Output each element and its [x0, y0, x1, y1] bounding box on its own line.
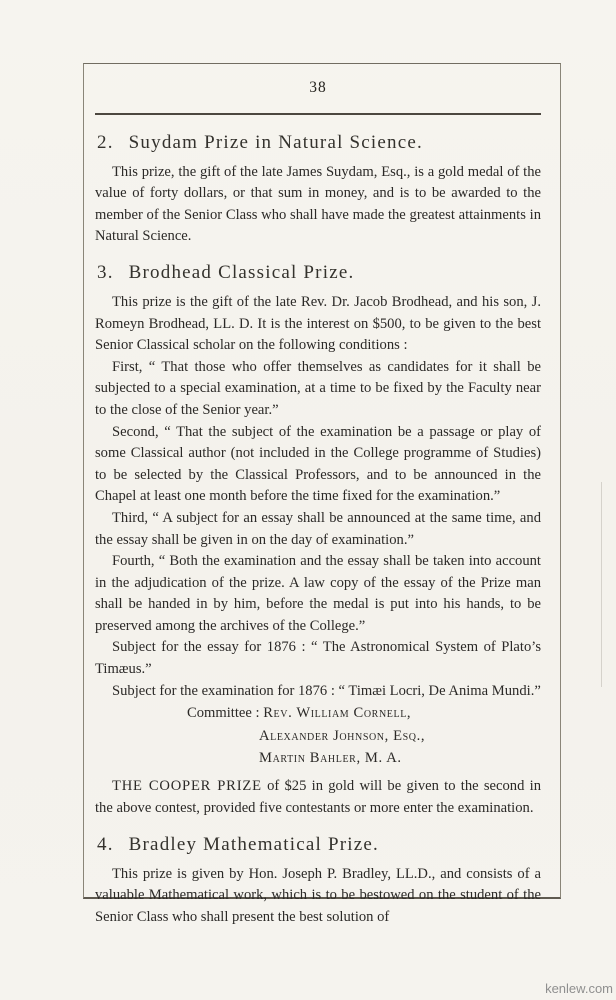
committee-list: Committee : Rev. William Cornell, Alexan… [187, 702, 541, 769]
heading-title: Brodhead Classical Prize. [129, 262, 355, 283]
page-content: 38 2.Suydam Prize in Natural Science. Th… [95, 77, 541, 928]
paragraph: This prize, the gift of the late James S… [95, 162, 541, 248]
paragraph: Second, “ That the subject of the examin… [95, 422, 541, 508]
heading-number: 3. [97, 262, 114, 283]
heading-number: 2. [97, 132, 114, 153]
committee-member: Alexander Johnson, Esq., [259, 725, 541, 747]
paragraph: This prize is the gift of the late Rev. … [95, 292, 541, 357]
committee-line: Committee : Rev. William Cornell, [187, 702, 541, 724]
header-rule [95, 113, 541, 115]
scan-page: 38 2.Suydam Prize in Natural Science. Th… [0, 0, 616, 1000]
paragraph: Subject for the examination for 1876 : “… [95, 681, 541, 703]
committee-label: Committee : [187, 705, 260, 721]
committee-member: Martin Bahler, M. A. [259, 747, 541, 769]
heading-title: Bradley Mathematical Prize. [129, 834, 379, 855]
heading-title: Suydam Prize in Natural Science. [129, 132, 423, 153]
paragraph: Subject for the essay for 1876 : “ The A… [95, 637, 541, 680]
heading-number: 4. [97, 834, 114, 855]
paragraph: Third, “ A subject for an essay shall be… [95, 508, 541, 551]
section-heading: 4.Bradley Mathematical Prize. [97, 833, 541, 857]
committee-member: Rev. William Cornell, [263, 705, 411, 721]
paragraph: Fourth, “ Both the examination and the e… [95, 551, 541, 637]
section-brodhead-prize: 3.Brodhead Classical Prize. This prize i… [95, 261, 541, 820]
section-bradley-prize: 4.Bradley Mathematical Prize. This prize… [95, 833, 541, 929]
watermark: kenlew.com [545, 981, 613, 996]
scan-crease [601, 482, 602, 687]
section-heading: 2.Suydam Prize in Natural Science. [97, 131, 541, 155]
cooper-prize-lead: THE COOPER PRIZE [112, 778, 262, 794]
paragraph: This prize is given by Hon. Joseph P. Br… [95, 864, 541, 929]
page-number: 38 [95, 77, 541, 99]
cooper-prize-note: THE COOPER PRIZE of $25 in gold will be … [95, 776, 541, 819]
section-suydam-prize: 2.Suydam Prize in Natural Science. This … [95, 131, 541, 248]
section-heading: 3.Brodhead Classical Prize. [97, 261, 541, 285]
paragraph: First, “ That those who offer themselves… [95, 357, 541, 422]
